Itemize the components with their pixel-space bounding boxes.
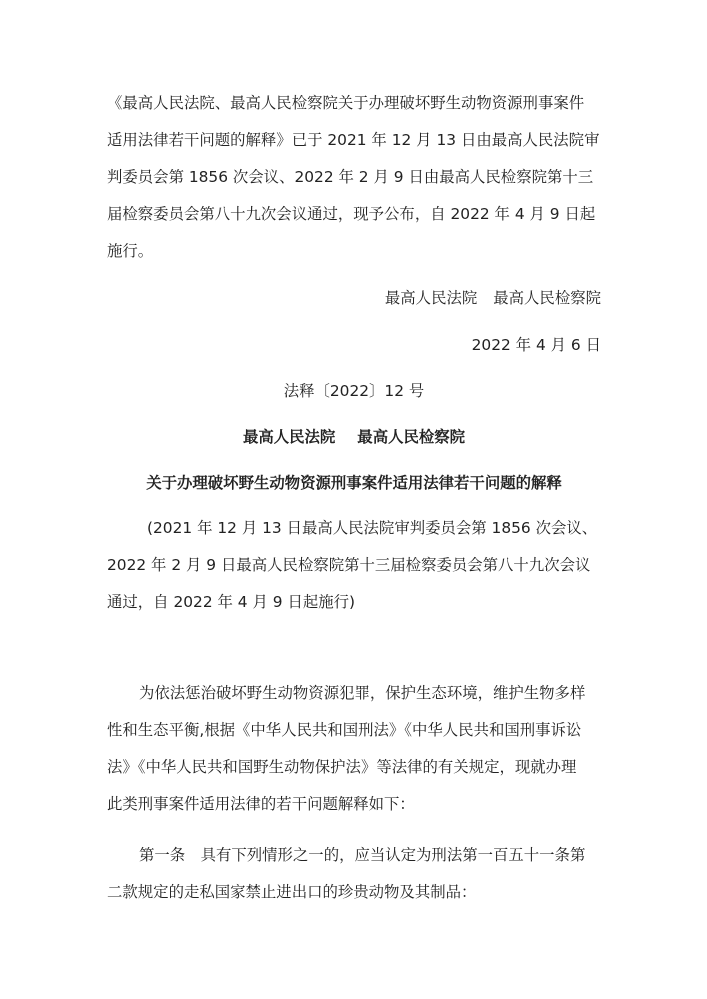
intro-line: 为依法惩治破坏野生动物资源犯罪，保护生态环境，维护生物多样	[107, 683, 601, 703]
preamble-line: 届检察委员会第八十九次会议通过，现予公布，自 2022 年 4 月 9 日起	[107, 204, 601, 224]
intro-line: 此类刑事案件适用法律的若干问题解释如下：	[107, 794, 601, 814]
signature-issuer-procuratorate: 最高人民检察院	[493, 289, 601, 307]
preamble-line: 适用法律若干问题的解释》已于 2021 年 12 月 13 日由最高人民法院审	[107, 130, 601, 150]
article-1-line: 第一条 具有下列情形之一的，应当认定为刑法第一百五十一条第	[107, 845, 601, 865]
title-main: 关于办理破坏野生动物资源刑事案件适用法律若干问题的解释	[107, 473, 601, 493]
adoption-note-line: 通过，自 2022 年 4 月 9 日起施行)	[107, 592, 601, 612]
signature-issuers: 最高人民法院最高人民检察院	[107, 288, 601, 308]
preamble-line: 施行。	[107, 241, 601, 261]
preamble-line: 判委员会第 1856 次会议、2022 年 2 月 9 日由最高人民检察院第十三	[107, 167, 601, 187]
title-issuers: 最高人民法院最高人民检察院	[107, 427, 601, 447]
preamble-line: 《最高人民法院、最高人民检察院关于办理破坏野生动物资源刑事案件	[107, 93, 601, 113]
title-issuer-court: 最高人民法院	[243, 428, 335, 446]
adoption-note-line: 2022 年 2 月 9 日最高人民检察院第十三届检察委员会第八十九次会议	[107, 555, 601, 575]
signature-issuer-court: 最高人民法院	[385, 289, 477, 307]
signature-date: 2022 年 4 月 6 日	[107, 335, 601, 355]
adoption-note-line: (2021 年 12 月 13 日最高人民法院审判委员会第 1856 次会议、	[107, 518, 601, 538]
article-1-line: 二款规定的走私国家禁止进出口的珍贵动物及其制品：	[107, 882, 601, 902]
intro-line: 法》《中华人民共和国野生动物保护法》等法律的有关规定，现就办理	[107, 757, 601, 777]
intro-line: 性和生态平衡,根据《中华人民共和国刑法》《中华人民共和国刑事诉讼	[107, 720, 601, 740]
title-issuer-procuratorate: 最高人民检察院	[357, 428, 465, 446]
document-number: 法释〔2022〕12 号	[107, 381, 601, 401]
